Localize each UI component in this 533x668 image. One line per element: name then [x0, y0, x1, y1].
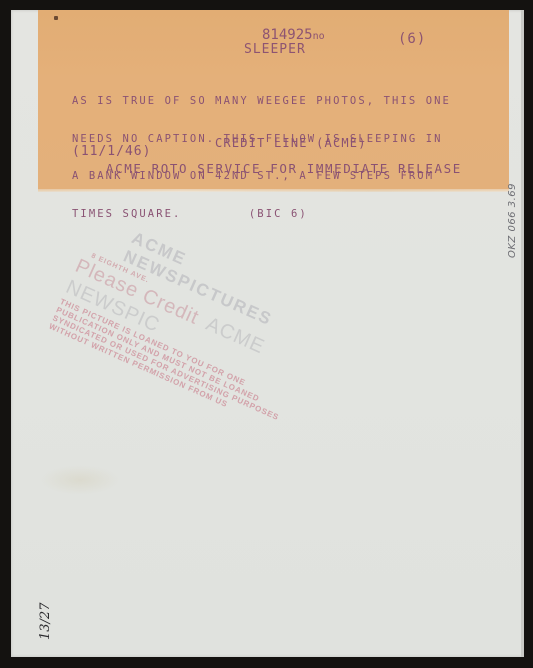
sequence-number: (6): [398, 31, 426, 47]
negative-number: 814925no: [262, 27, 325, 43]
slug-title: SLEEPER: [244, 42, 306, 57]
archive-code: OKZ 066 3.69: [507, 183, 518, 258]
caption-slip: 814925no (6) SLEEPER AS IS TRUE OF SO MA…: [38, 10, 509, 191]
negative-number-suffix: no: [313, 31, 325, 42]
handwritten-note: 13/27: [38, 603, 53, 640]
release-line: ACME ROTO SERVICE FOR IMMEDIATE RELEASE: [106, 161, 462, 176]
paper-edge: [521, 10, 524, 657]
caption-line: AS IS TRUE OF SO MANY WEEGEE PHOTOS, THI…: [72, 95, 492, 108]
paper-stain: [40, 465, 120, 495]
negative-number-value: 814925: [262, 27, 313, 43]
date-line: (11/1/46): [72, 144, 151, 159]
caption-line: TIMES SQUARE. (BIC 6): [72, 208, 492, 221]
credit-line: CREDIT LINE (ACME): [215, 136, 367, 150]
pin-hole: [54, 16, 58, 20]
